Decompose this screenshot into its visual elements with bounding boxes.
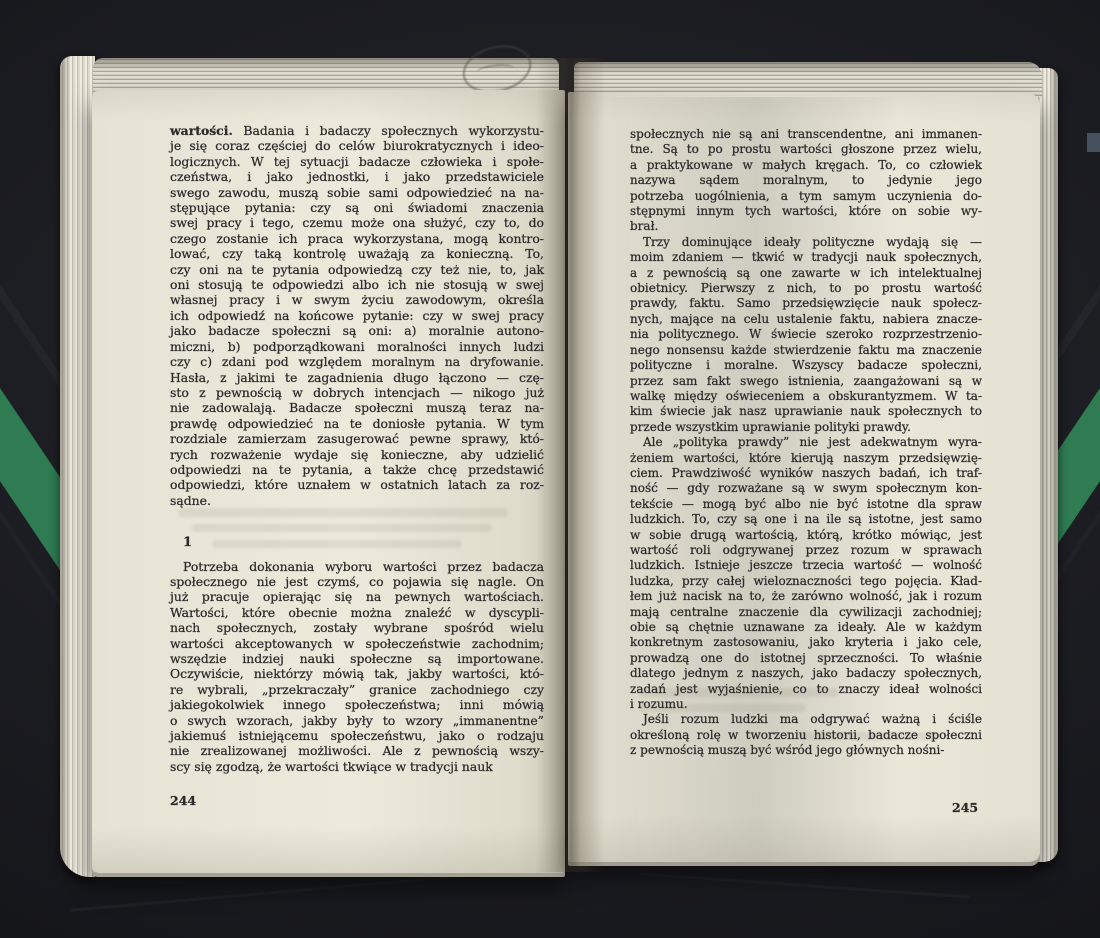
text-line: ność — gdy rozważane są w swym społeczny… xyxy=(630,481,982,496)
text-line: w sobie drugą wartością, którą, krótko m… xyxy=(630,528,982,543)
right-page-text: społecznych nie są ani transcendentne, a… xyxy=(630,127,982,759)
text-line: lować, czy taką kontrolę uważają za koni… xyxy=(170,246,544,261)
paragraph-lines: je się coraz częściej do celów biurokrat… xyxy=(170,138,544,508)
text-line: konkretnym zastosowaniu, jako kryteria i… xyxy=(630,635,982,650)
ink-stamp-mark xyxy=(476,63,515,79)
text-line: odpowiedzi na te pytania, a także chcę p… xyxy=(170,462,544,477)
text-line: Potrzeba dokonania wyboru wartości przez… xyxy=(170,559,544,574)
text-line: rych rozważenie wydaje się konieczne, ab… xyxy=(170,447,544,462)
text-line: ich odpowiedź na końcowe pytanie: czy w … xyxy=(170,308,544,323)
text-line: swego zawodu, muszą sobie sami odpowiedz… xyxy=(170,185,544,200)
text-line: zadań jest wyjaśnienie, co to znaczy ide… xyxy=(630,682,982,697)
page-stack-left-edge xyxy=(60,56,95,877)
text-line: żeniem wartości, które kierują naszym pr… xyxy=(630,451,982,466)
text-line: nych, mające na celu ustalenie faktu, na… xyxy=(630,312,982,327)
text-line: obietnicy. Pierwszy z nich, to po prostu… xyxy=(630,281,982,296)
section-number: 1 xyxy=(170,535,544,550)
text-line: społecznego nie jest czymś, co pojawia s… xyxy=(170,574,544,589)
text-line: o swych wzorach, jakby były to wzory „im… xyxy=(170,713,544,728)
text-line: tekście — mogą być albo nie być istotne … xyxy=(630,497,982,512)
paragraph: Trzy dominujące ideały polityczne wydają… xyxy=(630,235,982,435)
text-line: wartości akceptowanych w społeczeństwie … xyxy=(170,636,544,651)
text-line: przez sam fakt swego istnienia, zaangażo… xyxy=(630,374,982,389)
text-line: czeństwa, i jako jednostki, i jako przed… xyxy=(170,169,544,184)
left-page: wartości. Badania i badaczy społecznych … xyxy=(92,90,565,873)
text-line: już pracuje opierając się na pewnych war… xyxy=(170,589,544,604)
bold-lead-word: wartości. xyxy=(170,123,233,138)
book-photo: wartości. Badania i badaczy społecznych … xyxy=(0,0,1100,938)
text-line: i rozumu. xyxy=(630,697,982,712)
right-page: społecznych nie są ani transcendentne, a… xyxy=(568,92,1040,862)
text-line: nie zrealizowanej możliwości. Ale z pewn… xyxy=(170,743,544,758)
text-line: wartość roli odgrywanej przez rozum w sp… xyxy=(630,543,982,558)
text-line: stępujące pytania: czy są oni świadomi z… xyxy=(170,200,544,215)
text-line: Jeśli rozum ludzki ma odgrywać ważną i ś… xyxy=(630,712,982,727)
text-line: ludzkich. To, czy są one i na ile są ist… xyxy=(630,512,982,527)
text-line: a praktykowane w małych kręgach. To, co … xyxy=(630,158,982,173)
text-line: sądne. xyxy=(170,493,544,508)
paragraph: wartości. Badania i badaczy społecznych … xyxy=(170,123,544,508)
green-cover-stripe-right xyxy=(1056,369,1100,614)
text-line: obie są chętnie uznawane za ideały. Ale … xyxy=(630,620,982,635)
text-line: logicznych. W tej sytuacji badacze człow… xyxy=(170,154,544,169)
text-line: prawdy, faktu. Samo przedsięwzięcie nauk… xyxy=(630,296,982,311)
text-line: miczni, b) podporządkowani moralności in… xyxy=(170,339,544,354)
text-line: jakiemuś istniejącemu społeczeństwu, jak… xyxy=(170,728,544,743)
text-line: moim zdaniem — tkwić w tradycji nauk spo… xyxy=(630,250,982,265)
text-line: stępnymi innym tych wartości, które on s… xyxy=(630,204,982,219)
paragraph: Ale „polityka prawdy” nie jest adekwatny… xyxy=(630,435,982,712)
text-line: sto z pewnością w dobrych intencjach — n… xyxy=(170,385,544,400)
left-page-text: wartości. Badania i badaczy społecznych … xyxy=(170,123,544,774)
text-line: Trzy dominujące ideały polityczne wydają… xyxy=(630,235,982,250)
paragraph: społecznych nie są ani transcendentne, a… xyxy=(630,127,982,235)
text-line: brał. xyxy=(630,219,982,234)
text-line: kim świecie jak nasz uprawianie nauk spo… xyxy=(630,404,982,419)
text-line: ludzkich. Istnieje jeszcze trzecia warto… xyxy=(630,558,982,573)
text-line: dlatego jednym z naszych, jako badaczy s… xyxy=(630,666,982,681)
text-line: prowadzą one do istotnej sprzeczności. T… xyxy=(630,651,982,666)
text-run: Badania i badaczy społecznych wykorzystu… xyxy=(243,123,544,138)
text-line: oni stosują te odpowiedzi albo ich nie s… xyxy=(170,277,544,292)
text-line: Hasła, z jakimi te zagadnienia długo łąc… xyxy=(170,370,544,385)
text-line: czego zostanie ich praca wykorzystana, m… xyxy=(170,231,544,246)
text-line: ciem. Prawdziwość wyników naszych badań,… xyxy=(630,466,982,481)
text-line: Ale „polityka prawdy” nie jest adekwatny… xyxy=(630,435,982,450)
text-line: czy c) zdani pod względem moralnym na dr… xyxy=(170,354,544,369)
text-line: czy oni na te pytania odpowiedzą czy też… xyxy=(170,262,544,277)
text-line: z pewnością muszą być wśród jego głównyc… xyxy=(630,743,982,758)
paragraph: Jeśli rozum ludzki ma odgrywać ważną i ś… xyxy=(630,712,982,758)
text-line: nia politycznego. W świecie szeroko rozp… xyxy=(630,327,982,342)
text-line: swej pracy i tego, czemu może ona służyć… xyxy=(170,215,544,230)
text-line: nego nonsensu każde stwierdzenie faktu m… xyxy=(630,343,982,358)
paragraph: Potrzeba dokonania wyboru wartości przez… xyxy=(170,559,544,775)
text-line: ludzka, przy całej wieloznaczności tego … xyxy=(630,574,982,589)
text-line: łem już nacisk na to, że zarówno wolność… xyxy=(630,589,982,604)
text-line: rozdziale zamierzam zasugerować pewne sp… xyxy=(170,431,544,446)
page-number-left: 244 xyxy=(170,793,196,808)
text-line: tne. Są to po prostu wartości głoszone p… xyxy=(630,142,982,157)
text-line: walkę między oświeceniem a obskurantyzme… xyxy=(630,389,982,404)
text-line: jako badacze społeczni są oni: a) moraln… xyxy=(170,323,544,338)
text-line: polityczne i moralne. Wszyscy badacze sp… xyxy=(630,358,982,373)
text-line: wszędzie indziej nauki społeczne są impo… xyxy=(170,651,544,666)
text-line: nazywa sądem moralnym, to jedynie jego xyxy=(630,173,982,188)
photo-edge-artifact xyxy=(1087,133,1100,152)
text-line: potrzeba uogólnienia, a tym samym uczyni… xyxy=(630,189,982,204)
text-line: a z pewnością są one zawarte w ich intel… xyxy=(630,266,982,281)
text-line: wartości. Badania i badaczy społecznych … xyxy=(170,123,544,138)
text-line: własnej pracy i w swym życiu zawodowym, … xyxy=(170,292,544,307)
cover-crease-bottom-right xyxy=(640,872,969,898)
text-line: je się coraz częściej do celów biurokrat… xyxy=(170,138,544,153)
text-line: określoną rolę w tworzeniu historii, bad… xyxy=(630,728,982,743)
text-line: mają centralne znaczenie dla cywilizacji… xyxy=(630,605,982,620)
text-line: przede wszystkim uprawianie polityki pra… xyxy=(630,420,982,435)
text-line: prawdę odpowiedzieć na te doniosłe pytan… xyxy=(170,416,544,431)
text-line: odpowiedzi, które uznałem w ostatnich la… xyxy=(170,477,544,492)
text-line: społecznych nie są ani transcendentne, a… xyxy=(630,127,982,142)
cover-crease-bottom-left xyxy=(71,871,500,911)
text-line: nach społecznych, zostały wybrane spośró… xyxy=(170,620,544,635)
text-line: Wartości, które obecnie można znaleźć w … xyxy=(170,605,544,620)
page-number-right: 245 xyxy=(952,800,978,815)
text-line: re wybrali, „przekraczały” granice zacho… xyxy=(170,682,544,697)
text-line: Oczywiście, niektórzy mówią tak, jakby w… xyxy=(170,666,544,681)
text-line: nie zadowalają. Badacze społeczni muszą … xyxy=(170,400,544,415)
text-line: scy się zgodzą, że wartości tkwiące w tr… xyxy=(170,759,544,774)
text-line: jakiegokolwiek innego społeczeństwa; inn… xyxy=(170,697,544,712)
